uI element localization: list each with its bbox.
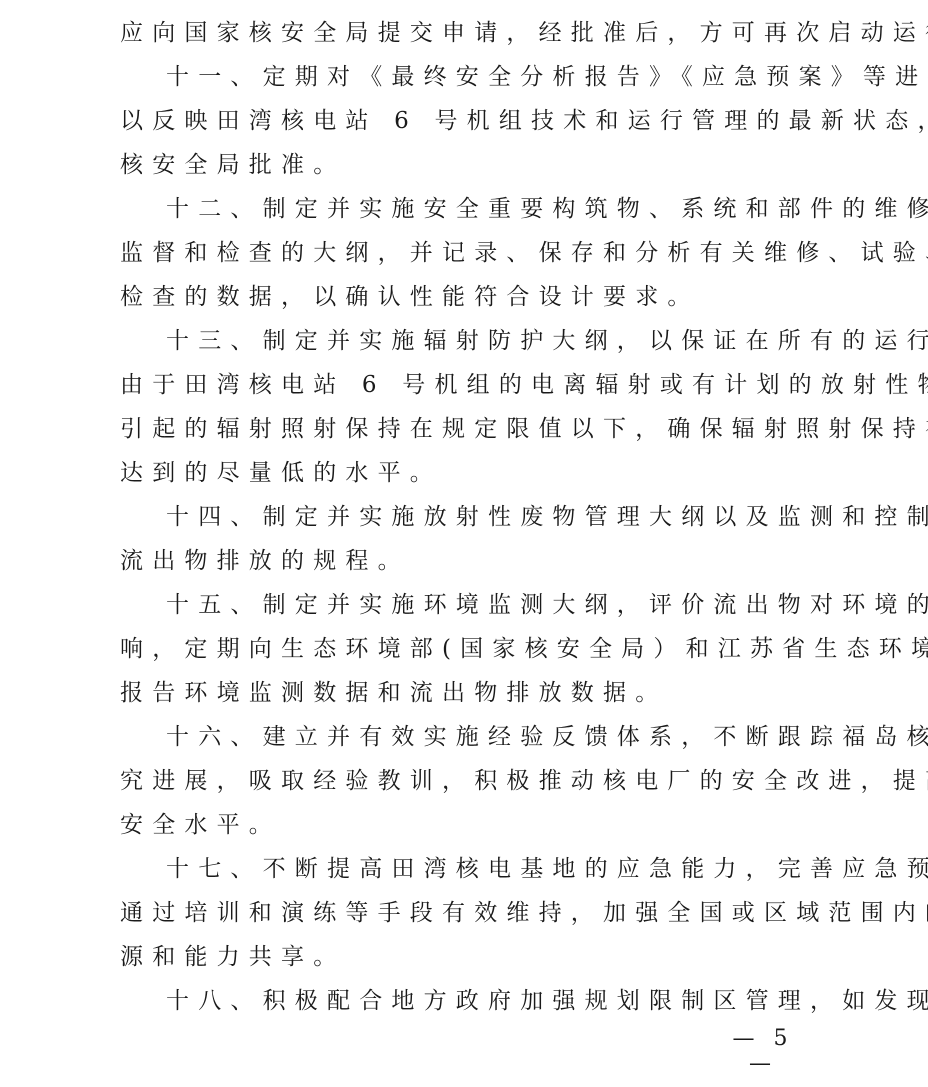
text-line: 源和能力共享。 (120, 935, 810, 979)
document-page: 应向国家核安全局提交申请，经批准后，方可再次启动运行。 十一、定期对《最终安全分… (0, 0, 928, 1087)
text-line: 究进展，吸取经验教训，积极推动核电厂的安全改进，提高核电厂 (120, 759, 810, 803)
clause-13-line: 十三、制定并实施辐射防护大纲，以保证在所有的运行状态下 (120, 319, 810, 363)
text-line: 流出物排放的规程。 (120, 539, 810, 583)
text-line: 达到的尽量低的水平。 (120, 451, 810, 495)
text-line: 应向国家核安全局提交申请，经批准后，方可再次启动运行。 (120, 11, 810, 55)
text-line: 监督和检查的大纲，并记录、保存和分析有关维修、试验、监督和 (120, 231, 810, 275)
text-line: 安全水平。 (120, 803, 810, 847)
clause-18-line: 十八、积极配合地方政府加强规划限制区管理，如发现规划限 (120, 979, 810, 1023)
text-line: 由于田湾核电站 6 号机组的电离辐射或有计划的放射性物质释放所 (120, 363, 810, 407)
clause-15-line: 十五、制定并实施环境监测大纲，评价流出物对环境的辐射影 (120, 583, 810, 627)
clause-17-line: 十七、不断提高田湾核电基地的应急能力，完善应急预案，并 (120, 847, 810, 891)
text-line: 引起的辐射照射保持在规定限值以下，确保辐射照射保持在可合理 (120, 407, 810, 451)
text-line: 核安全局批准。 (120, 143, 810, 187)
text-line: 通过培训和演练等手段有效维持，加强全国或区域范围内的应急资 (120, 891, 810, 935)
text-line: 报告环境监测数据和流出物排放数据。 (120, 671, 810, 715)
page-number: — 5 — (718, 1026, 808, 1076)
clause-16-line: 十六、建立并有效实施经验反馈体系，不断跟踪福岛核事故研 (120, 715, 810, 759)
text-line: 响，定期向生态环境部(国家核安全局）和江苏省生态环境主管部门 (120, 627, 810, 671)
clause-11-line: 十一、定期对《最终安全分析报告》《应急预案》等进行修改， (120, 55, 810, 99)
clause-12-line: 十二、制定并实施安全重要构筑物、系统和部件的维修、试验、 (120, 187, 810, 231)
clause-14-line: 十四、制定并实施放射性废物管理大纲以及监测和控制放射性 (120, 495, 810, 539)
text-line: 检查的数据，以确认性能符合设计要求。 (120, 275, 810, 319)
document-body: 应向国家核安全局提交申请，经批准后，方可再次启动运行。 十一、定期对《最终安全分… (120, 11, 810, 1023)
text-line: 以反映田湾核电站 6 号机组技术和运行管理的最新状态，并报国家 (120, 99, 810, 143)
